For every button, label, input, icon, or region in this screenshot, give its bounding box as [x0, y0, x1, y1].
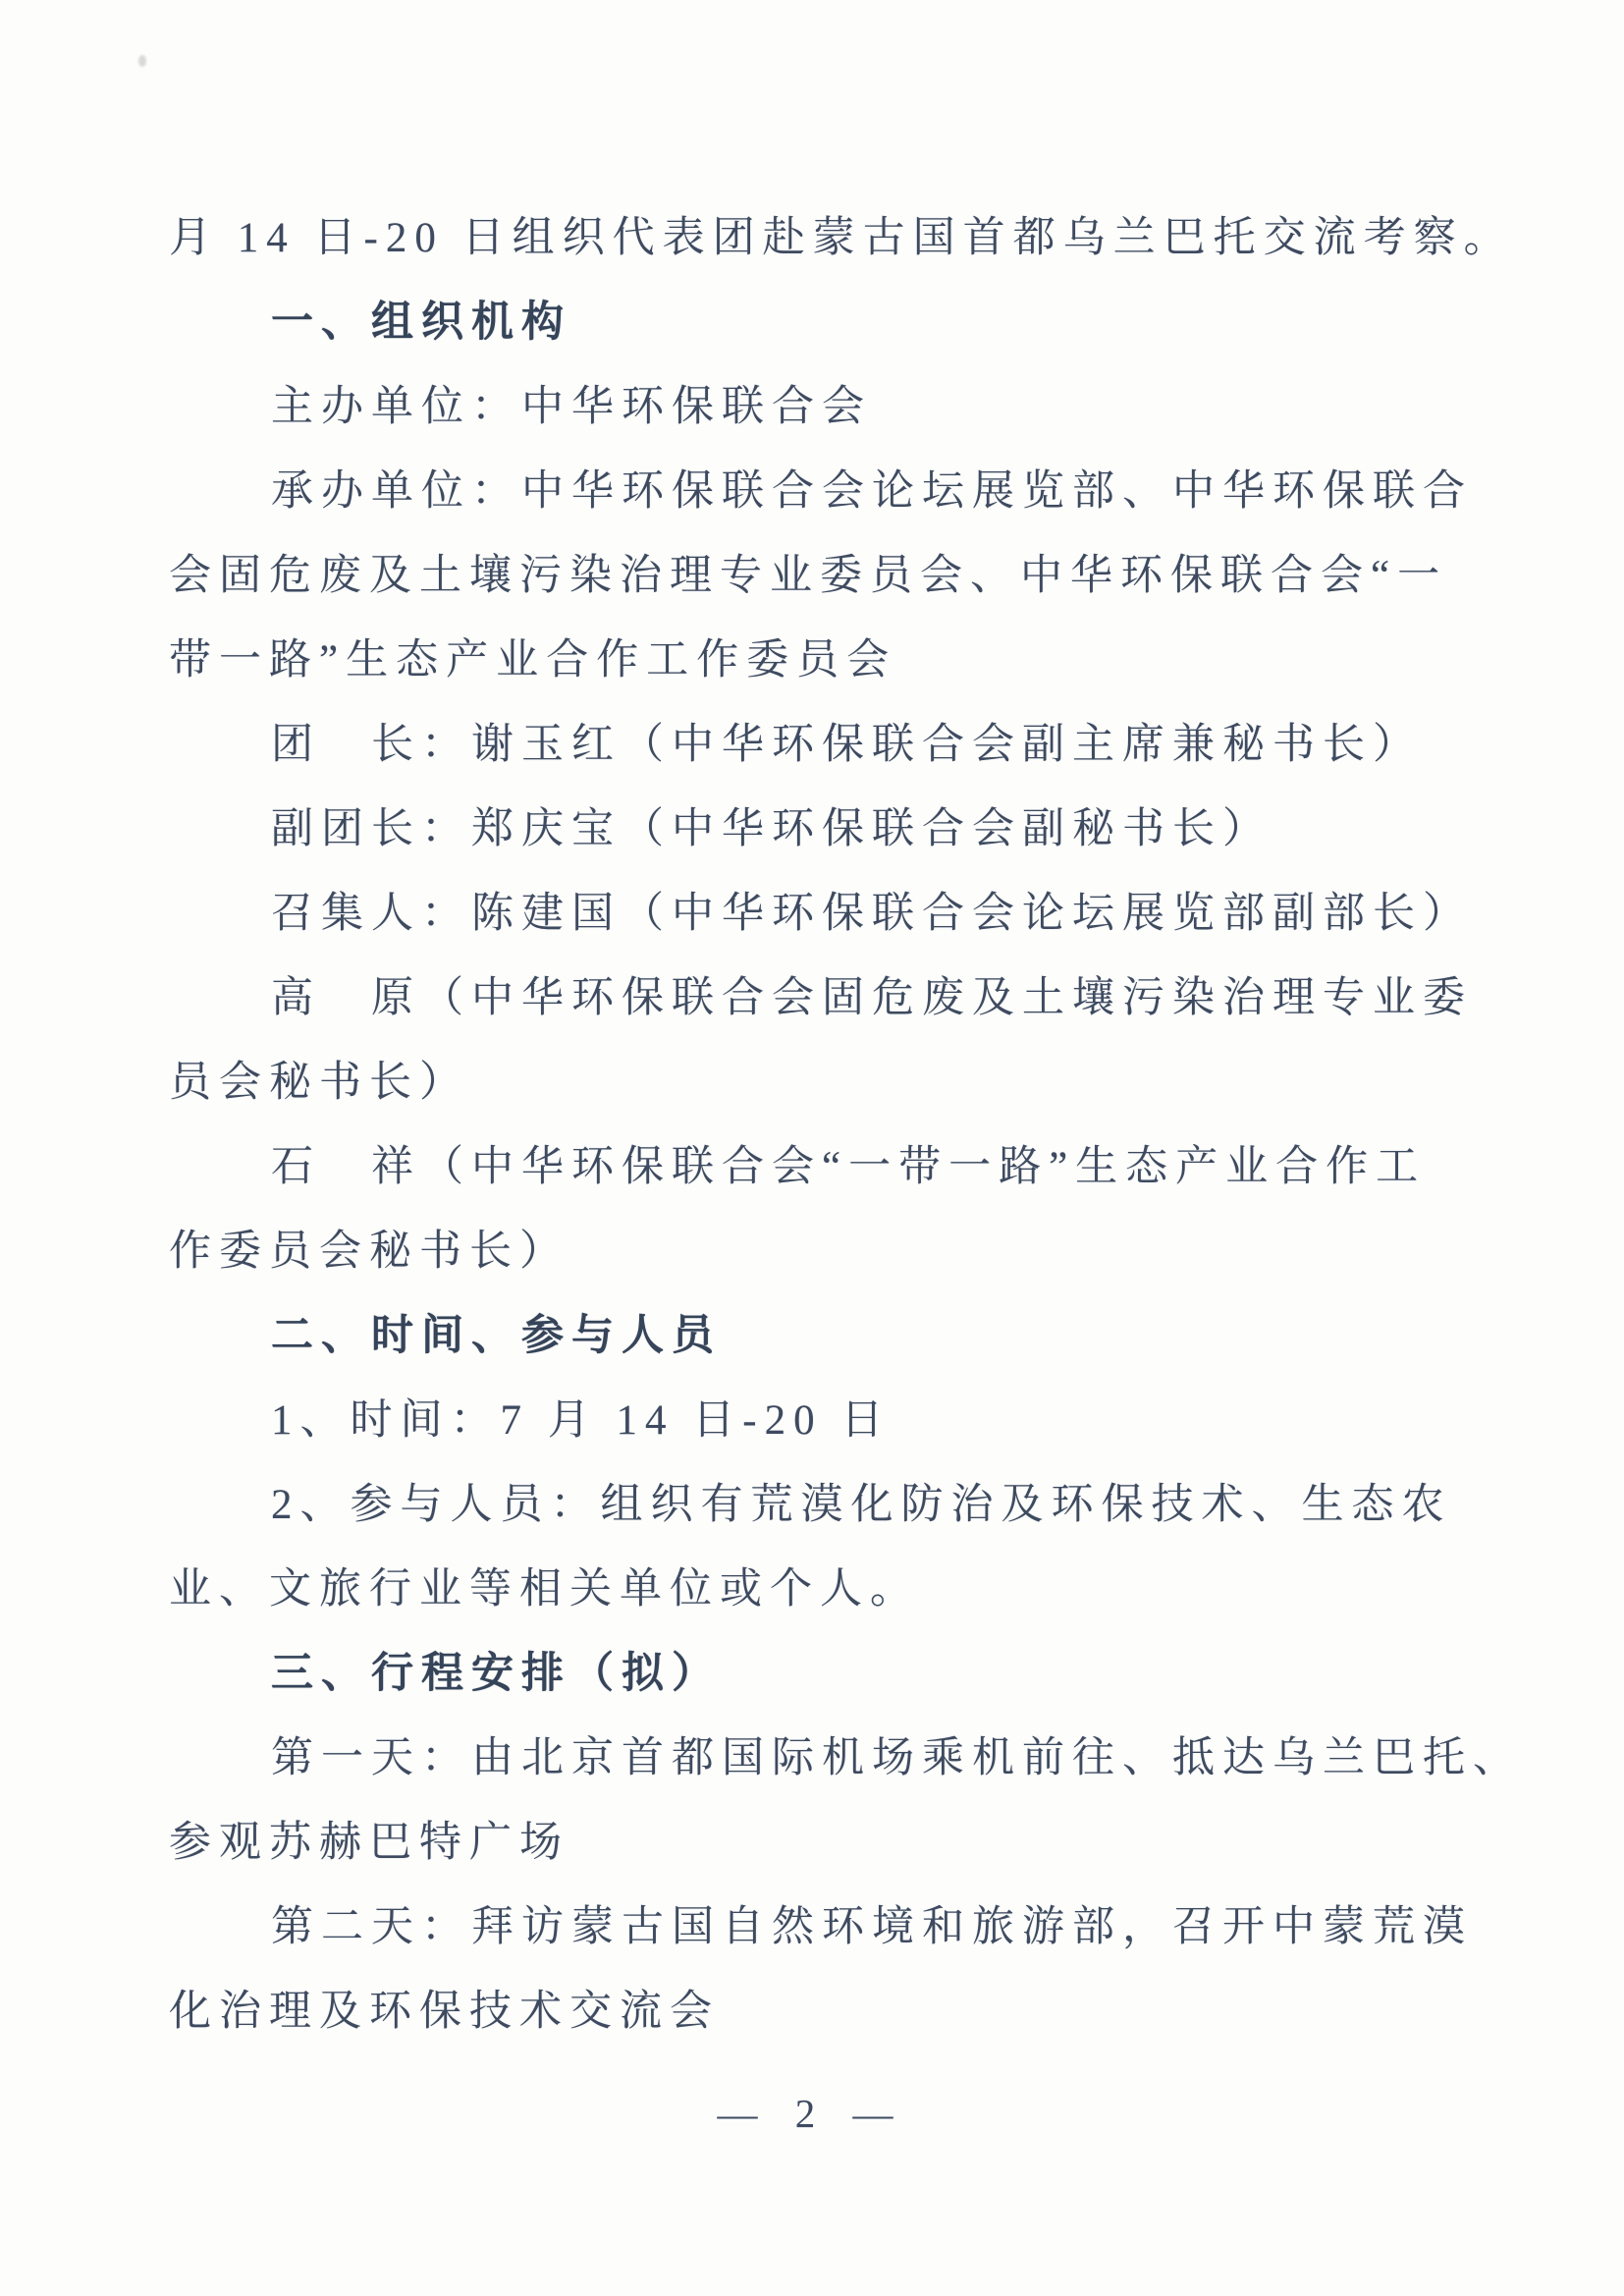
document-line: 召集人：陈建国（中华环保联合会论坛展览部副部长）	[169, 872, 1461, 957]
section-heading: 二、时间、参与人员	[169, 1294, 1461, 1379]
document-line: 业、文旅行业等相关单位或个人。	[169, 1548, 1461, 1632]
document-line: 化治理及环保技术交流会	[169, 1970, 1461, 2054]
document-line: 员会秘书长）	[169, 1041, 1461, 1125]
document-line: 会固危废及土壤污染治理专业委员会、中华环保联合会“一	[169, 534, 1461, 619]
document-line: 高 原（中华环保联合会固危废及土壤污染治理专业委	[169, 957, 1461, 1041]
document-line: 带一路”生态产业合作工作委员会	[169, 619, 1461, 703]
document-line: 承办单位：中华环保联合会论坛展览部、中华环保联合	[169, 450, 1461, 534]
section-heading: 三、行程安排（拟）	[169, 1632, 1461, 1717]
document-line: 作委员会秘书长）	[169, 1210, 1461, 1294]
scan-artifact-speck	[138, 55, 146, 67]
document-body: 月 14 日-20 日组织代表团赴蒙古国首都乌兰巴托交流考察。一、组织机构主办单…	[169, 196, 1461, 2054]
document-line: 第二天：拜访蒙古国自然环境和旅游部，召开中蒙荒漠	[169, 1886, 1461, 1970]
document-line: 1、时间：7 月 14 日-20 日	[169, 1379, 1461, 1463]
document-page: 月 14 日-20 日组织代表团赴蒙古国首都乌兰巴托交流考察。一、组织机构主办单…	[0, 0, 1624, 2296]
document-line: 石 祥（中华环保联合会“一带一路”生态产业合作工	[169, 1125, 1461, 1210]
document-line: 副团长：郑庆宝（中华环保联合会副秘书长）	[169, 788, 1461, 872]
section-heading: 一、组织机构	[169, 281, 1461, 365]
document-line: 团 长：谢玉红（中华环保联合会副主席兼秘书长）	[169, 703, 1461, 788]
document-line: 2、参与人员：组织有荒漠化防治及环保技术、生态农	[169, 1463, 1461, 1548]
document-line: 月 14 日-20 日组织代表团赴蒙古国首都乌兰巴托交流考察。	[169, 196, 1461, 281]
document-line: 参观苏赫巴特广场	[169, 1801, 1461, 1886]
document-line: 第一天：由北京首都国际机场乘机前往、抵达乌兰巴托、	[169, 1717, 1461, 1801]
page-number: — 2 —	[0, 2090, 1624, 2137]
document-line: 主办单位：中华环保联合会	[169, 365, 1461, 450]
